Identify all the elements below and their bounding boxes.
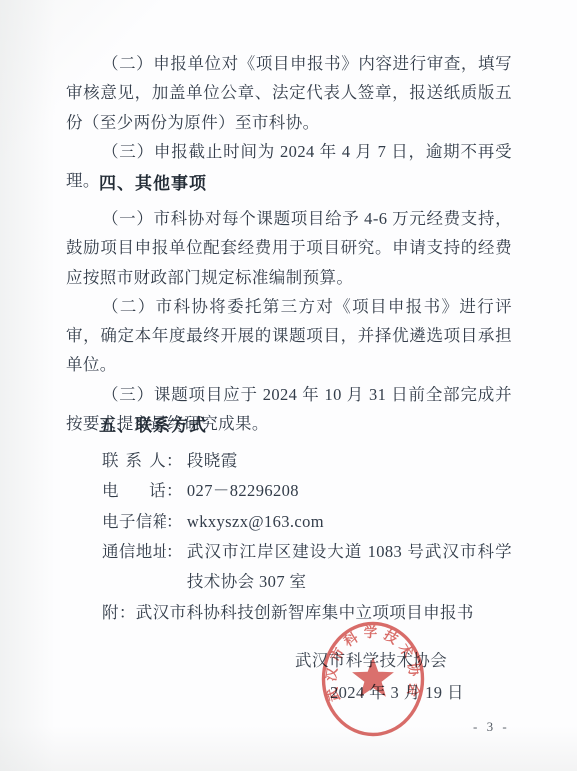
contact-address: 武汉市江岸区建设大道 1083 号武汉市科学技术协会 307 室 (187, 537, 512, 598)
contact-person-name: 段晓霞 (187, 446, 512, 476)
contact-email: wkxyszx@163.com (187, 507, 512, 537)
scanned-document-page: （二）申报单位对《项目申报书》内容进行审查，填写审核意见，加盖单位公章、法定代表… (0, 0, 577, 771)
section-4-paragraphs: （一）市科协对每个课题项目给予 4-6 万元经费支持，鼓励项目申报单位配套经费用… (66, 204, 512, 438)
contact-colon: ： (166, 537, 187, 598)
paragraph-third-party-review: （二）市科协将委托第三方对《项目申报书》进行评审，确定本年度最终开展的课题项目，… (66, 292, 512, 380)
attachment-note: 附：武汉市科协科技创新智库集中立项项目申报书 (66, 598, 512, 628)
seal-ring (324, 624, 423, 735)
paragraph-application-review: （二）申报单位对《项目申报书》内容进行审查，填写审核意见，加盖单位公章、法定代表… (66, 49, 512, 137)
contact-row-phone: 电话：027－82296208 (66, 476, 512, 506)
contact-colon: ： (166, 507, 187, 537)
contact-label: 电话 (102, 476, 166, 506)
contact-colon: ： (166, 446, 187, 476)
paragraph-funding: （一）市科协对每个课题项目给予 4-6 万元经费支持，鼓励项目申报单位配套经费用… (66, 204, 512, 292)
signature-date: 2024 年 3 月 19 日 (330, 682, 464, 704)
heading-contact-info: 五、联系方式 (66, 411, 545, 436)
contact-colon: ： (166, 476, 187, 506)
contact-label: 电子信箱 (102, 507, 166, 537)
contact-row-person: 联系人：段晓霞 (66, 446, 512, 476)
contact-phone-number: 027－82296208 (187, 476, 512, 506)
signature-organization: 武汉市科学技术协会 (295, 650, 447, 672)
contact-row-address: 通信地址：武汉市江岸区建设大道 1083 号武汉市科学技术协会 307 室 (66, 537, 512, 598)
contact-label: 通信地址 (102, 537, 166, 598)
heading-other-matters: 四、其他事项 (66, 169, 545, 194)
contact-row-email: 电子信箱：wkxyszx@163.com (66, 507, 512, 537)
official-seal: 武汉市科学技术协会 (318, 618, 428, 740)
contact-label: 联系人 (102, 446, 166, 476)
contact-block: 联系人：段晓霞 电话：027－82296208 电子信箱：wkxyszx@163… (66, 446, 512, 628)
page-number: - 3 - (473, 719, 510, 735)
